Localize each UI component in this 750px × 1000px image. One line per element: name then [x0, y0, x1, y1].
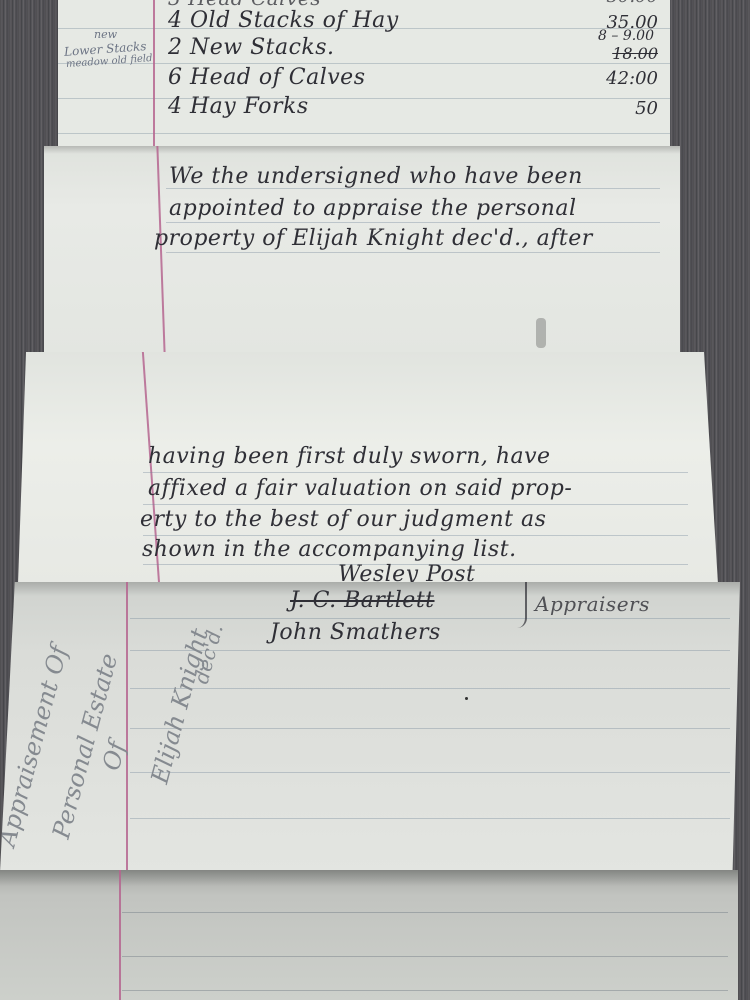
margin-line	[119, 870, 121, 1000]
statement-line-7: shown in the accompanying list.	[142, 537, 517, 562]
statement-line-5: affixed a fair valuation on said prop-	[148, 476, 572, 501]
inventory-amount-0: 30.00	[606, 0, 658, 7]
fold-shadow	[0, 870, 738, 886]
signature-role-appraisers: Appraisers	[535, 592, 650, 616]
signature-bartlett: J. C. Bartlett	[290, 588, 435, 613]
margin-line	[153, 0, 155, 148]
inventory-amount-3: 42:00	[606, 68, 658, 89]
inventory-panel: new Lower Stacks meadow old field 3 Head…	[58, 0, 670, 148]
signature-smathers: John Smathers	[270, 620, 441, 645]
statement-line-1: We the undersigned who have been	[169, 164, 583, 189]
statement-line-6: erty to the best of our judgment as	[140, 507, 546, 532]
inventory-item-4: 4 Hay Forks	[168, 94, 309, 119]
inventory-amount-4: 50	[635, 98, 658, 119]
inventory-item-1: 4 Old Stacks of Hay	[168, 8, 399, 33]
inventory-amount-2: 18.00	[612, 44, 658, 63]
ink-smudge	[536, 318, 546, 348]
margin-note-line1: new	[94, 28, 117, 41]
statement-line-2: appointed to appraise the personal	[169, 196, 577, 221]
inventory-amount-correction-2: 8 – 9.00	[598, 28, 654, 44]
signature-bracket	[515, 582, 527, 628]
docket-panel: J. C. Bartlett Appraisers John Smathers …	[0, 582, 740, 872]
blank-panel	[0, 870, 738, 1000]
signature-wesley-post: Wesley Post	[338, 562, 475, 584]
statement-line-4: having been first duly sworn, have	[148, 444, 551, 469]
statement-line-3: property of Elijah Knight dec'd., after	[154, 226, 593, 251]
statement-panel-bottom: having been first duly sworn, have affix…	[18, 352, 718, 584]
ink-dot	[465, 697, 468, 700]
inventory-item-2: 2 New Stacks.	[168, 35, 335, 60]
inventory-item-3: 6 Head of Calves	[168, 65, 366, 90]
fold-shadow	[44, 146, 680, 154]
margin-line	[126, 582, 128, 872]
statement-panel-top: We the undersigned who have been appoint…	[44, 146, 680, 354]
